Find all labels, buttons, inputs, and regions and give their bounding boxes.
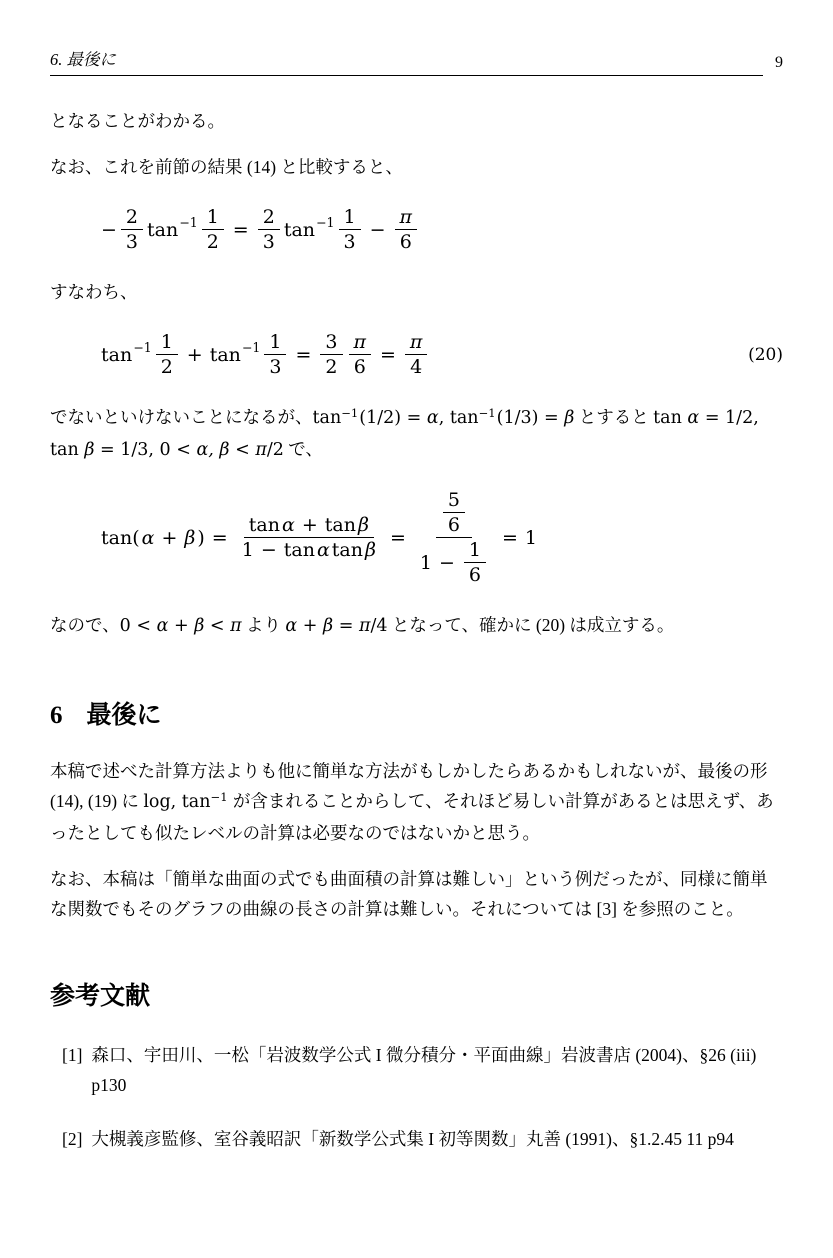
reference-text: 森口、宇田川、一松「岩波数学公式 I 微分積分・平面曲線」岩波書店 (2004)… bbox=[91, 1040, 783, 1100]
math-token: tan bbox=[284, 539, 315, 561]
math-token: (1/2) = bbox=[359, 408, 427, 428]
math-token: + bbox=[302, 514, 318, 536]
document-page: 6. 最後に 9 となることがわかる。 なお、これを前節の結果 (14) と比較… bbox=[0, 0, 833, 1258]
math-token: π bbox=[359, 616, 371, 636]
section-paragraph-2: なお、本稿は「簡単な曲面の式でも曲面積の計算は難しい」という例だったが、同様に簡… bbox=[50, 864, 783, 924]
fraction: 16 bbox=[464, 539, 486, 586]
math-token: tan bbox=[313, 408, 342, 428]
equation-compare: −23tan−112=23tan−113−π6 bbox=[100, 206, 783, 253]
paragraph-conclusion: なので、0 < α + β < π より α + β = π/4 となって、確か… bbox=[50, 610, 783, 641]
fraction: 32 bbox=[320, 331, 342, 378]
math-token: −1 bbox=[316, 215, 334, 230]
math-token: = bbox=[233, 219, 249, 241]
math-token: tan bbox=[332, 539, 363, 561]
math-token: 6 bbox=[354, 356, 366, 378]
fraction: 56 bbox=[443, 489, 465, 536]
math-token: α bbox=[317, 539, 330, 561]
paragraph-sunawachi: すなわち、 bbox=[50, 277, 783, 307]
math-token: β bbox=[184, 527, 195, 549]
math-token: 1 bbox=[242, 539, 254, 561]
math-token: 3 bbox=[126, 231, 138, 253]
math-token: α bbox=[285, 616, 297, 636]
math-token: 3 bbox=[325, 331, 337, 353]
math-token: π bbox=[255, 440, 267, 460]
math-token: π bbox=[354, 331, 367, 353]
fraction: π4 bbox=[405, 331, 428, 378]
math-token: π bbox=[400, 206, 413, 228]
math-token: tan bbox=[210, 344, 241, 366]
page-header: 6. 最後に 9 bbox=[50, 46, 783, 76]
math-token: < bbox=[230, 440, 256, 460]
math-token: −1 bbox=[133, 340, 151, 355]
math-token: 0 < bbox=[120, 616, 157, 636]
text-run: とすると bbox=[574, 407, 653, 427]
math-token: /2 bbox=[267, 440, 284, 460]
math-token: + bbox=[187, 344, 203, 366]
math-token: 2 bbox=[161, 356, 173, 378]
section-paragraph-1: 本稿で述べた計算方法よりも他に簡単な方法がもしかしたらあるかもしれないが、最後の… bbox=[50, 756, 783, 848]
math-token: 1 bbox=[420, 552, 432, 574]
fraction: π6 bbox=[395, 206, 418, 253]
reference-text: 大槻義彦監修、室谷義昭訳「新数学公式集 I 初等関数」丸善 (1991)、§1.… bbox=[91, 1124, 783, 1154]
fraction: tanα+tanβ1−tanαtanβ bbox=[237, 514, 381, 561]
math-token: 3 bbox=[344, 231, 356, 253]
equation-tag-20: (20) bbox=[748, 345, 783, 365]
math-token: −1 bbox=[179, 215, 197, 230]
math-token: α bbox=[142, 527, 155, 549]
text-run: より bbox=[242, 615, 286, 635]
section-heading: 6 最後に bbox=[50, 699, 783, 732]
math-token: tan bbox=[249, 514, 280, 536]
text-run: でないといけないことになるが、 bbox=[50, 407, 313, 427]
math-token: − bbox=[439, 552, 455, 574]
math-token: = bbox=[390, 527, 406, 549]
math-token: 4 bbox=[410, 356, 422, 378]
math-token: −1 bbox=[211, 790, 228, 804]
math-token: −1 bbox=[242, 340, 260, 355]
page-number: 9 bbox=[763, 54, 783, 76]
math-token: tan( bbox=[101, 527, 140, 549]
math-token: = bbox=[380, 344, 396, 366]
math-token: 1 bbox=[469, 539, 481, 561]
math-token: β bbox=[358, 514, 369, 536]
math-token: 6 bbox=[469, 564, 481, 586]
math-token: tan bbox=[325, 514, 356, 536]
text-run: となって、確かに (20) は成立する。 bbox=[388, 615, 675, 635]
math-token: = bbox=[212, 527, 228, 549]
math-token: − bbox=[261, 539, 277, 561]
math-token: β bbox=[194, 616, 204, 636]
math-token: /4 bbox=[370, 616, 387, 636]
reference-item-2: [2] 大槻義彦監修、室谷義昭訳「新数学公式集 I 初等関数」丸善 (1991)… bbox=[62, 1124, 783, 1154]
reference-label: [2] bbox=[62, 1124, 82, 1154]
math-token: + bbox=[161, 527, 177, 549]
references-title: 参考文献 bbox=[50, 980, 150, 1012]
math-token: α bbox=[687, 408, 699, 428]
math-token: tan bbox=[147, 219, 178, 241]
math-token: 1 bbox=[161, 331, 173, 353]
math-token: π bbox=[230, 616, 242, 636]
math-token: + bbox=[168, 616, 194, 636]
math-token: π bbox=[410, 331, 423, 353]
paragraph-compare: なお、これを前節の結果 (14) と比較すると、 bbox=[50, 152, 783, 182]
math-token: tan bbox=[101, 344, 132, 366]
math-token: log, tan bbox=[143, 792, 210, 812]
math-token: β bbox=[84, 440, 94, 460]
math-token: β bbox=[365, 539, 376, 561]
section-number: 6 bbox=[50, 700, 63, 732]
references-heading: 参考文献 bbox=[50, 980, 783, 1012]
reference-item-1: [1] 森口、宇田川、一松「岩波数学公式 I 微分積分・平面曲線」岩波書店 (2… bbox=[62, 1040, 783, 1100]
paragraph-result: となることがわかる。 bbox=[50, 106, 783, 136]
math-token: 2 bbox=[126, 206, 138, 228]
math-token: 2 bbox=[207, 231, 219, 253]
math-token: tan bbox=[653, 408, 687, 428]
math-token: −1 bbox=[341, 406, 358, 420]
math-token: α bbox=[282, 514, 295, 536]
fraction: π6 bbox=[349, 331, 372, 378]
fraction: 12 bbox=[202, 206, 224, 253]
reference-label: [1] bbox=[62, 1040, 82, 1100]
running-head: 6. 最後に bbox=[50, 46, 763, 76]
math-token: = bbox=[295, 344, 311, 366]
math-token: , tan bbox=[439, 408, 479, 428]
math-token: −1 bbox=[479, 406, 496, 420]
text-run: なので、 bbox=[50, 615, 120, 635]
section-title: 最後に bbox=[87, 699, 162, 731]
math-token: 2 bbox=[325, 356, 337, 378]
fraction: 23 bbox=[258, 206, 280, 253]
fraction: 13 bbox=[264, 331, 286, 378]
math-token: 6 bbox=[448, 514, 460, 536]
math-token: − bbox=[101, 219, 117, 241]
equation-tan-addition: tan(α+β)=tanα+tanβ1−tanαtanβ=561−16=1 bbox=[100, 489, 783, 586]
math-token: (1/3) = bbox=[497, 408, 565, 428]
paragraph-condition: でないといけないことになるが、tan−1(1/2) = α, tan−1(1/3… bbox=[50, 402, 783, 465]
math-token: 1 bbox=[525, 527, 537, 549]
math-token: β bbox=[564, 408, 574, 428]
math-token: + bbox=[297, 616, 323, 636]
fraction: 23 bbox=[121, 206, 143, 253]
math-token: ) bbox=[197, 527, 204, 549]
equation-20: (20) tan−112+tan−113=32π6=π4 bbox=[100, 331, 783, 378]
math-token: α, β bbox=[196, 440, 229, 460]
math-token: 1 bbox=[269, 331, 281, 353]
fraction: 12 bbox=[156, 331, 178, 378]
math-token: = bbox=[502, 527, 518, 549]
math-token: tan bbox=[284, 219, 315, 241]
math-token: 6 bbox=[400, 231, 412, 253]
fraction: 13 bbox=[339, 206, 361, 253]
math-token: 2 bbox=[263, 206, 275, 228]
math-token: < bbox=[204, 616, 230, 636]
math-token: 3 bbox=[269, 356, 281, 378]
math-token: − bbox=[370, 219, 386, 241]
fraction: 561−16 bbox=[415, 489, 493, 586]
math-token: β bbox=[323, 616, 333, 636]
math-token: α bbox=[157, 616, 169, 636]
math-token: 3 bbox=[263, 231, 275, 253]
math-token: 5 bbox=[448, 489, 460, 511]
math-token: 1 bbox=[344, 206, 356, 228]
math-token: = bbox=[333, 616, 359, 636]
math-token: 1 bbox=[207, 206, 219, 228]
math-token: = 1/3, 0 < bbox=[94, 440, 196, 460]
text-run: で、 bbox=[284, 439, 323, 459]
math-token: α bbox=[427, 408, 439, 428]
